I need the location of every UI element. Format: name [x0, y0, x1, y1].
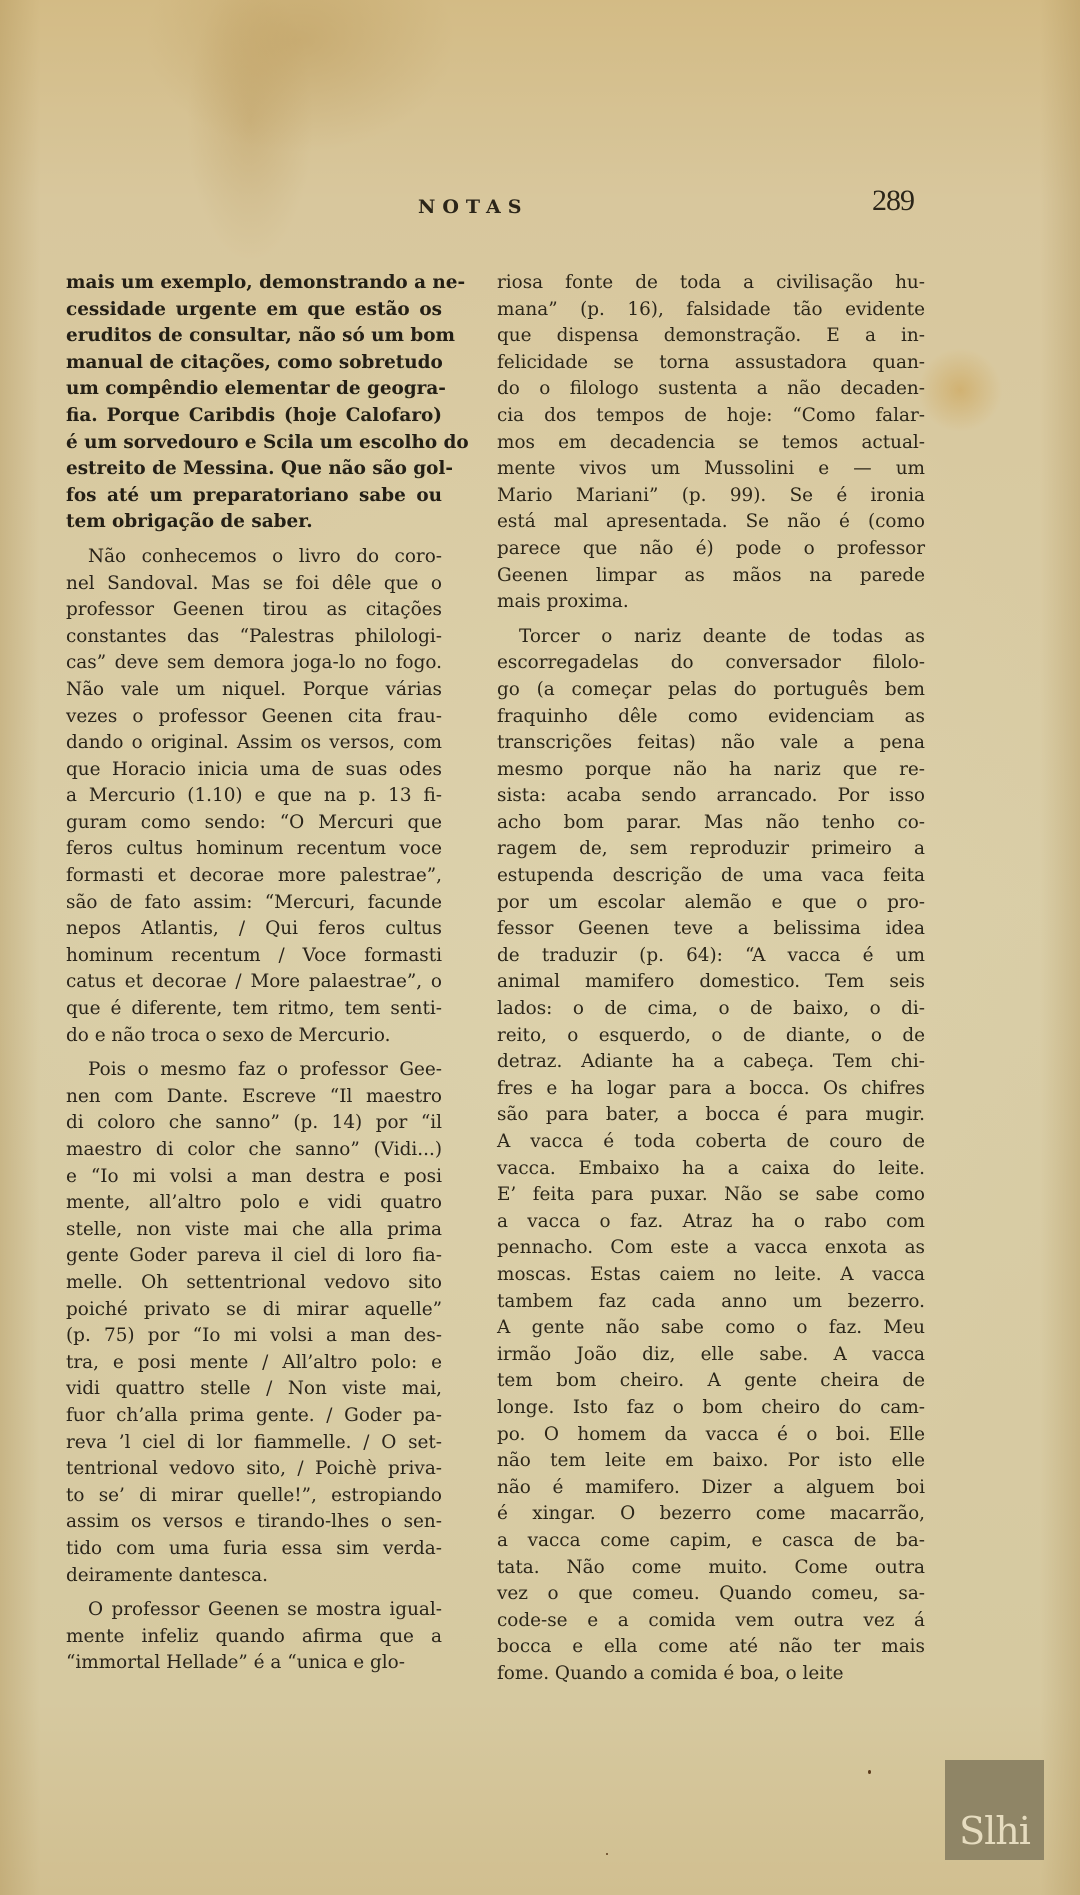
text-line: são de fato assim: “Mercuri, facunde — [66, 890, 442, 917]
text-line: eruditos de consultar, não só um bom — [66, 323, 442, 350]
text-line: ragem de, sem reproduzir primeiro a — [497, 836, 925, 863]
text-line: tido com uma furia essa sim verda- — [66, 1536, 442, 1563]
text-line: lados: o de cima, o de baixo, o di- — [497, 996, 925, 1023]
paragraph-gap — [66, 1049, 442, 1057]
text-line: “immortal Hellade” é a “unica e glo- — [66, 1650, 442, 1677]
paragraph-gap — [497, 616, 925, 624]
text-line: cas” deve sem demora joga-lo no fogo. — [66, 650, 442, 677]
text-line: é um sorvedouro e Scila um escolho do — [66, 430, 442, 457]
text-line: gente Goder pareva il ciel di loro fia- — [66, 1243, 442, 1270]
text-line: é xingar. O bezerro come macarrão, — [497, 1501, 925, 1528]
text-line: um compêndio elementar de geogra- — [66, 376, 442, 403]
running-title: NOTAS — [418, 196, 528, 218]
text-line: longe. Isto faz o bom cheiro do cam- — [497, 1395, 925, 1422]
text-line: de traduzir (p. 64): “A vacca é um — [497, 943, 925, 970]
text-line: professor Geenen tirou as citações — [66, 597, 442, 624]
paragraph: Torcer o nariz deante de todas asescorre… — [497, 624, 925, 1688]
right-column: riosa fonte de toda a civilisação hu-man… — [497, 270, 925, 1687]
text-line: que é diferente, tem ritmo, tem senti- — [66, 996, 442, 1023]
text-line: cia dos tempos de hoje: “Como falar- — [497, 403, 925, 430]
text-line: riosa fonte de toda a civilisação hu- — [497, 270, 925, 297]
text-line: não é mamifero. Dizer a alguem boi — [497, 1475, 925, 1502]
text-line: dando o original. Assim os versos, com — [66, 730, 442, 757]
text-line: felicidade se torna assustadora quan- — [497, 350, 925, 377]
text-line: a vacca o faz. Atraz ha o rabo com — [497, 1209, 925, 1236]
text-line: fome. Quando a comida é boa, o leite — [497, 1661, 925, 1688]
text-line: mos em decadencia se temos actual- — [497, 430, 925, 457]
text-line: catus et decorae / More palaestrae”, o — [66, 969, 442, 996]
text-line: di coloro che sanno” (p. 14) por “il — [66, 1110, 442, 1137]
text-line: Não conhecemos o livro do coro- — [66, 544, 442, 571]
text-line: que dispensa demonstração. E a in- — [497, 323, 925, 350]
paragraph: Não conhecemos o livro do coro-nel Sando… — [66, 544, 442, 1049]
text-line: Geenen limpar as mãos na parede — [497, 563, 925, 590]
paragraph-gap — [66, 536, 442, 544]
text-line: vezes o professor Geenen cita frau- — [66, 704, 442, 731]
text-line: vidi quattro stelle / Non viste mai, — [66, 1376, 442, 1403]
paragraph-gap — [66, 1589, 442, 1597]
text-line: feros cultus hominum recentum voce — [66, 836, 442, 863]
text-line: fessor Geenen teve a belissima idea — [497, 916, 925, 943]
text-line: go (a começar pelas do português bem — [497, 677, 925, 704]
text-line: bocca e ella come até não ter mais — [497, 1634, 925, 1661]
page-number: 289 — [872, 184, 914, 218]
text-line: mente, all’altro polo e vidi quatro — [66, 1190, 442, 1217]
text-line: a vacca come capim, e casca de ba- — [497, 1528, 925, 1555]
text-line: assim os versos e tirando-lhes o sen- — [66, 1509, 442, 1536]
paragraph: riosa fonte de toda a civilisação hu-man… — [497, 270, 925, 616]
logo-text: Slhi — [959, 1812, 1030, 1850]
text-line: por um escolar alemão e que o pro- — [497, 890, 925, 917]
text-line: E’ feita para puxar. Não se sabe como — [497, 1182, 925, 1209]
ink-speck — [606, 1853, 608, 1855]
text-line: fres e ha logar para a bocca. Os chifres — [497, 1076, 925, 1103]
text-line: tem obrigação de saber. — [66, 509, 442, 536]
text-line: mente vivos um Mussolini e — um — [497, 456, 925, 483]
text-line: nel Sandoval. Mas se foi dêle que o — [66, 571, 442, 598]
text-line: que Horacio inicia uma de suas odes — [66, 757, 442, 784]
text-line: não tem leite em baixo. Por isto elle — [497, 1448, 925, 1475]
text-line: cessidade urgente em que estão os — [66, 297, 442, 324]
text-line: e “Io mi volsi a man destra e posi — [66, 1164, 442, 1191]
text-line: tata. Não come muito. Come outra — [497, 1555, 925, 1582]
text-line: estreito de Messina. Que não são gol- — [66, 456, 442, 483]
text-line: hominum recentum / Voce formasti — [66, 943, 442, 970]
text-line: manual de citações, como sobretudo — [66, 350, 442, 377]
text-line: detraz. Adiante ha a cabeça. Tem chi- — [497, 1049, 925, 1076]
text-line: mana” (p. 16), falsidade tão evidente — [497, 297, 925, 324]
text-line: fia. Porque Caribdis (hoje Calofaro) — [66, 403, 442, 430]
text-line: a Mercurio (1.10) e que na p. 13 fi- — [66, 783, 442, 810]
text-line: to se’ di mirar quelle!”, estropiando — [66, 1483, 442, 1510]
library-logo: Slhi — [945, 1760, 1044, 1860]
text-line: reva ’l ciel di lor fiammelle. / O set- — [66, 1430, 442, 1457]
text-line: fraquinho dêle como evidenciam as — [497, 704, 925, 731]
text-line: pennacho. Com este a vacca enxota as — [497, 1235, 925, 1262]
text-line: do o filologo sustenta a não decaden- — [497, 376, 925, 403]
paragraph: mais um exemplo, demonstrando a ne-cessi… — [66, 270, 442, 536]
text-line: formasti et decorae more palestrae”, — [66, 863, 442, 890]
text-line: mais um exemplo, demonstrando a ne- — [66, 270, 442, 297]
text-line: tra, e posi mente / All’altro polo: e — [66, 1350, 442, 1377]
text-line: tentrional vedovo sito, / Poichè priva- — [66, 1456, 442, 1483]
text-line: escorregadelas do conversador filolo- — [497, 650, 925, 677]
text-line: do e não troca o sexo de Mercurio. — [66, 1023, 442, 1050]
text-line: Mario Mariani” (p. 99). Se é ironia — [497, 483, 925, 510]
paragraph: Pois o mesmo faz o professor Gee-nen com… — [66, 1057, 442, 1589]
text-line: reito, o esquerdo, o de diante, o de — [497, 1023, 925, 1050]
text-line: stelle, non viste mai che alla prima — [66, 1217, 442, 1244]
text-line: moscas. Estas caiem no leite. A vacca — [497, 1262, 925, 1289]
text-line: irmão João diz, elle sabe. A vacca — [497, 1342, 925, 1369]
text-line: sista: acaba sendo arrancado. Por isso — [497, 783, 925, 810]
text-line: Pois o mesmo faz o professor Gee- — [66, 1057, 442, 1084]
text-line: tambem faz cada anno um bezerro. — [497, 1289, 925, 1316]
text-line: deiramente dantesca. — [66, 1563, 442, 1590]
text-line: Torcer o nariz deante de todas as — [497, 624, 925, 651]
paragraph: O professor Geenen se mostra igual-mente… — [66, 1597, 442, 1677]
text-line: animal mamifero domestico. Tem seis — [497, 969, 925, 996]
text-line: nepos Atlantis, / Qui feros cultus — [66, 916, 442, 943]
text-line: A gente não sabe como o faz. Meu — [497, 1315, 925, 1342]
text-line: (p. 75) por “Io mi volsi a man des- — [66, 1323, 442, 1350]
text-line: são para bater, a bocca é para mugir. — [497, 1102, 925, 1129]
text-line: vacca. Embaixo ha a caixa do leite. — [497, 1156, 925, 1183]
text-line: fuor ch’alla prima gente. / Goder pa- — [66, 1403, 442, 1430]
text-line: tem bom cheiro. A gente cheira de — [497, 1368, 925, 1395]
text-line: vez o que comeu. Quando comeu, sa- — [497, 1581, 925, 1608]
text-line: mente infeliz quando afirma que a — [66, 1624, 442, 1651]
text-line: constantes das “Palestras philologi- — [66, 624, 442, 651]
text-line: fos até um preparatoriano sabe ou — [66, 483, 442, 510]
text-line: mais proxima. — [497, 589, 925, 616]
text-line: code-se e a comida vem outra vez á — [497, 1608, 925, 1635]
text-line: maestro di color che sanno” (Vidi...) — [66, 1137, 442, 1164]
text-line: mesmo porque não ha nariz que re- — [497, 757, 925, 784]
text-line: poiché privato se di mirar aquelle” — [66, 1297, 442, 1324]
text-line: estupenda descrição de uma vaca feita — [497, 863, 925, 890]
ink-speck — [868, 1770, 871, 1774]
text-line: melle. Oh settentrional vedovo sito — [66, 1270, 442, 1297]
text-line: Não vale um niquel. Porque várias — [66, 677, 442, 704]
text-line: A vacca é toda coberta de couro de — [497, 1129, 925, 1156]
text-line: nen com Dante. Escreve “Il maestro — [66, 1084, 442, 1111]
text-line: está mal apresentada. Se não é (como — [497, 509, 925, 536]
text-line: parece que não é) pode o professor — [497, 536, 925, 563]
text-line: transcrições feitas) não vale a pena — [497, 730, 925, 757]
text-line: guram como sendo: “O Mercuri que — [66, 810, 442, 837]
text-line: po. O homem da vacca é o boi. Elle — [497, 1422, 925, 1449]
text-line: O professor Geenen se mostra igual- — [66, 1597, 442, 1624]
book-page: NOTAS 289 mais um exemplo, demonstrando … — [0, 0, 1080, 1895]
left-column: mais um exemplo, demonstrando a ne-cessi… — [66, 270, 442, 1677]
text-line: acho bom parar. Mas não tenho co- — [497, 810, 925, 837]
